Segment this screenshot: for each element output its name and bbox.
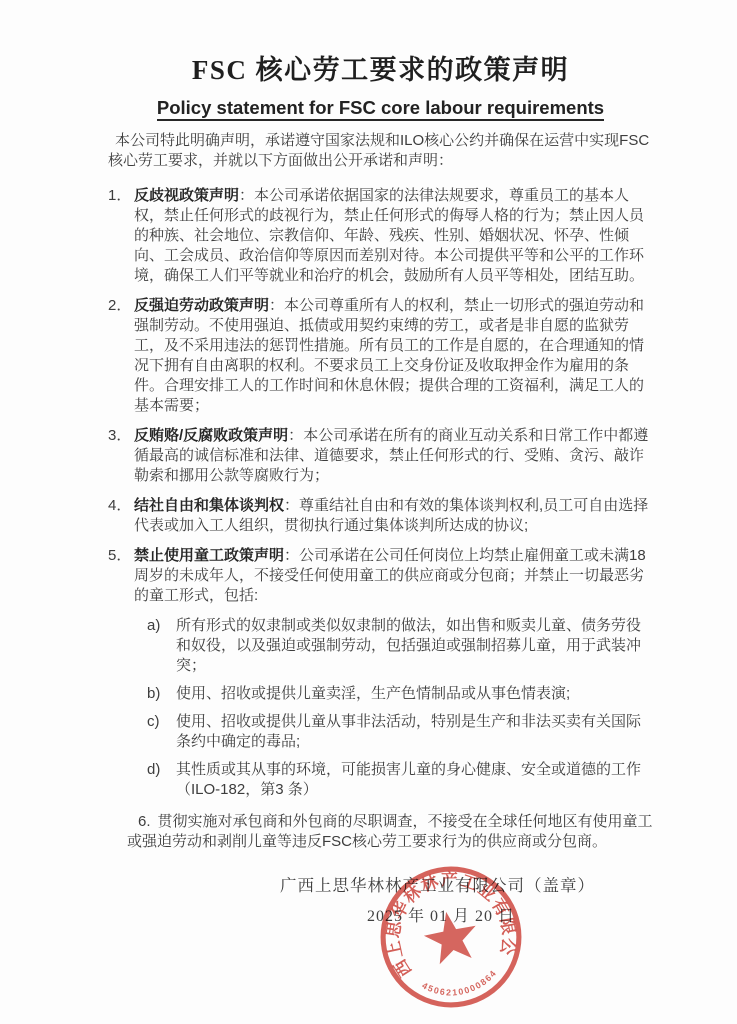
item-separator: ：: [284, 547, 299, 564]
item-number: 5．: [108, 546, 134, 606]
page-subtitle: Policy statement for FSC core labour req…: [108, 96, 653, 120]
sub-item-marker: c): [147, 712, 176, 752]
sub-item-text: 使用、招收或提供儿童从事非法活动，特别是生产和非法买卖有关国际条约中确定的毒品;: [176, 712, 653, 752]
list-item-1: 1． 反歧视政策声明：本公司承诺依据国家的法律法规要求，尊重员工的基本人权，禁止…: [108, 186, 653, 286]
document-page: FSC 核心劳工要求的政策声明 Policy statement for FSC…: [0, 0, 737, 1024]
item-heading: 禁止使用童工政策声明: [134, 547, 284, 564]
item-body: 反贿赂/反腐败政策声明：本公司承诺在所有的商业互动关系和日常工作中都遵循最高的诚…: [134, 426, 653, 486]
item-body: 反强迫劳动政策声明：本公司尊重所有人的权利，禁止一切形式的强迫劳动和强制劳动。不…: [134, 296, 653, 416]
item-separator: ：: [239, 187, 254, 204]
item-body: 禁止使用童工政策声明：公司承诺在公司任何岗位上均禁止雇佣童工或未满18周岁的未成…: [134, 546, 653, 606]
item-heading: 反强迫劳动政策声明: [134, 297, 269, 314]
signature-company: 广西上思华林林产工业有限公司（盖章）: [108, 872, 653, 896]
item-separator: ：: [269, 297, 284, 314]
item-number: 4．: [108, 496, 134, 536]
item-separator: ：: [288, 427, 303, 444]
intro-paragraph: 本公司特此明确声明，承诺遵守国家法规和ILO核心公约并确保在运营中实现FSC核心…: [108, 131, 653, 171]
sub-item-d: d) 其性质或其从事的环境，可能损害儿童的身心健康、安全或道德的工作（ILO-1…: [147, 760, 653, 800]
list-item-2: 2． 反强迫劳动政策声明：本公司尊重所有人的权利，禁止一切形式的强迫劳动和强制劳…: [108, 296, 653, 416]
sub-item-marker: a): [147, 616, 176, 676]
sub-item-b: b) 使用、招收或提供儿童卖淫，生产色情制品或从事色情表演;: [147, 684, 653, 704]
list-item-3: 3． 反贿赂/反腐败政策声明：本公司承诺在所有的商业互动关系和日常工作中都遵循最…: [108, 426, 653, 486]
seal-serial-arc: 4506210000864: [419, 966, 502, 1004]
item-heading: 反歧视政策声明: [134, 187, 239, 204]
child-labour-sub-list: a) 所有形式的奴隶制或类似奴隶制的做法，如出售和贩卖儿童、债务劳役和奴役，以及…: [108, 616, 653, 800]
sub-item-c: c) 使用、招收或提供儿童从事非法活动，特别是生产和非法买卖有关国际条约中确定的…: [147, 712, 653, 752]
item-heading: 结社自由和集体谈判权: [134, 497, 284, 514]
page-title: FSC 核心劳工要求的政策声明: [108, 52, 653, 88]
list-item-6: 6.贯彻实施对承包商和外包商的尽职调查，不接受在全球任何地区有使用童工或强迫劳动…: [127, 812, 653, 852]
item-separator: ：: [284, 497, 299, 514]
sub-item-text: 所有形式的奴隶制或类似奴隶制的做法，如出售和贩卖儿童、债务劳役和奴役，以及强迫或…: [176, 616, 653, 676]
item-body: 反歧视政策声明：本公司承诺依据国家的法律法规要求，尊重员工的基本人权，禁止任何形…: [134, 186, 653, 286]
sub-item-text: 使用、招收或提供儿童卖淫，生产色情制品或从事色情表演;: [176, 684, 653, 704]
item-text: 贯彻实施对承包商和外包商的尽职调查，不接受在全球任何地区有使用童工或强迫劳动和剥…: [127, 813, 653, 850]
sub-item-a: a) 所有形式的奴隶制或类似奴隶制的做法，如出售和贩卖儿童、债务劳役和奴役，以及…: [147, 616, 653, 676]
item-number: 2．: [108, 296, 134, 416]
item-text: 本公司尊重所有人的权利，禁止一切形式的强迫劳动和强制劳动。不使用强迫、抵债或用契…: [134, 297, 644, 414]
signature-date: 2025 年 01 月 20 日: [108, 903, 653, 926]
seal-serial-text: 4506210000864: [419, 966, 502, 1004]
sub-item-marker: b): [147, 684, 176, 704]
document-content: FSC 核心劳工要求的政策声明 Policy statement for FSC…: [108, 52, 653, 926]
list-item-4: 4． 结社自由和集体谈判权：尊重结社自由和有效的集体谈判权利,员工可自由选择代表…: [108, 496, 653, 536]
item-number: 6.: [138, 813, 151, 830]
item-number: 3．: [108, 426, 134, 486]
sub-item-marker: d): [147, 760, 176, 800]
subtitle-underlined-text: Policy statement for FSC core labour req…: [157, 97, 604, 121]
policy-list: 1． 反歧视政策声明：本公司承诺依据国家的法律法规要求，尊重员工的基本人权，禁止…: [108, 186, 653, 852]
item-number: 1．: [108, 186, 134, 286]
item-body: 结社自由和集体谈判权：尊重结社自由和有效的集体谈判权利,员工可自由选择代表或加入…: [134, 496, 653, 536]
sub-item-text: 其性质或其从事的环境，可能损害儿童的身心健康、安全或道德的工作（ILO-182，…: [176, 760, 653, 800]
list-item-5: 5． 禁止使用童工政策声明：公司承诺在公司任何岗位上均禁止雇佣童工或未满18周岁…: [108, 546, 653, 606]
item-heading: 反贿赂/反腐败政策声明: [134, 427, 288, 444]
